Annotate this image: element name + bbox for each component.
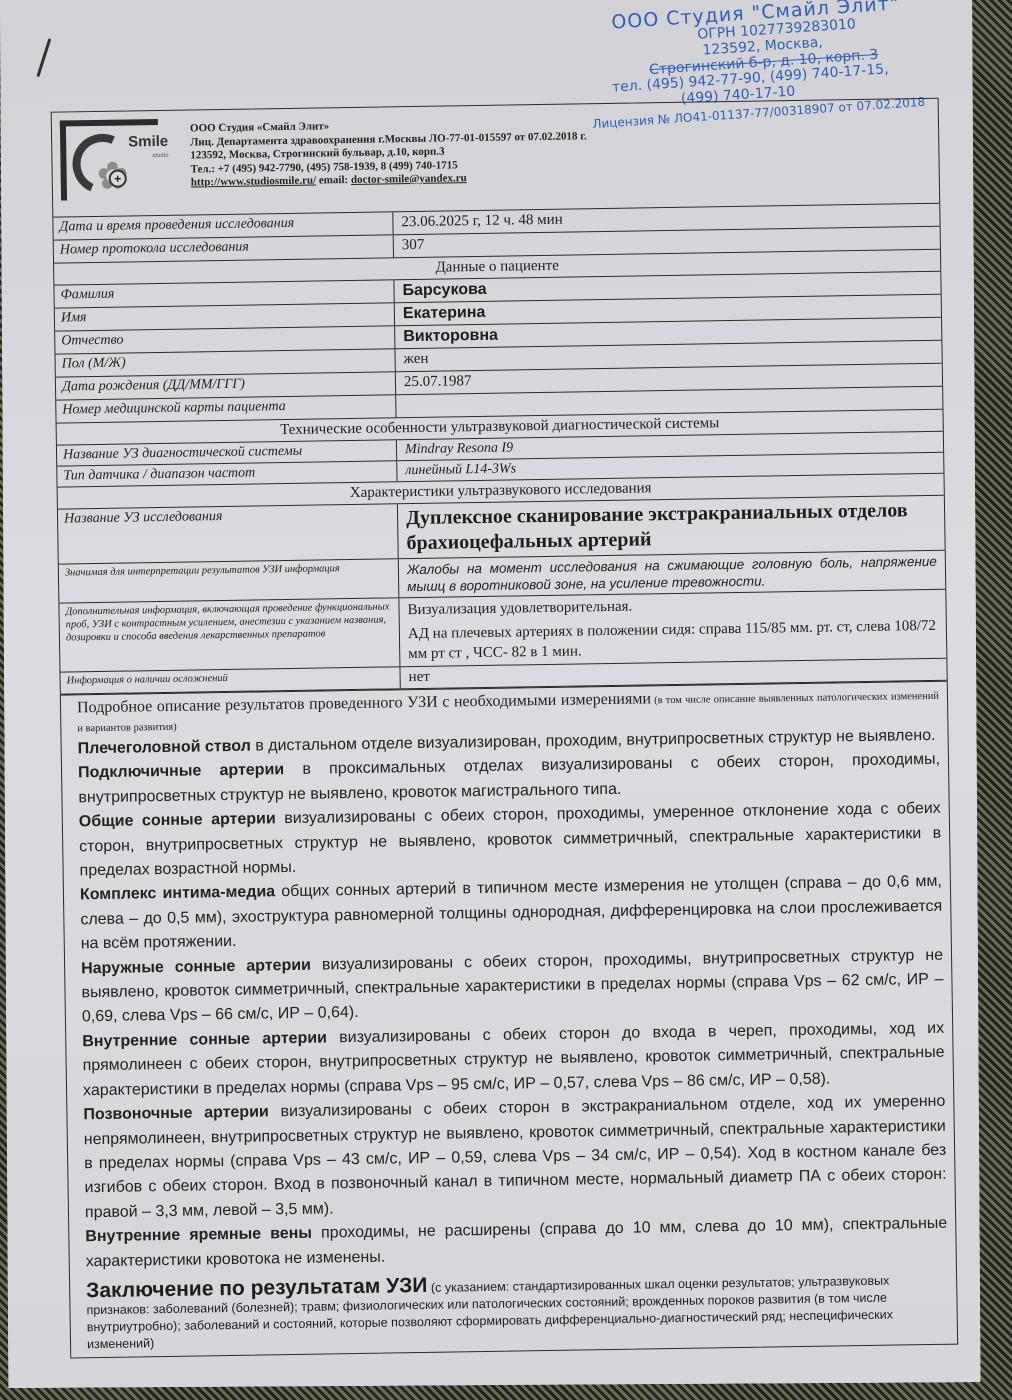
finding-title: Плечеголовной ствол: [78, 738, 251, 758]
clinic-info: ООО Студия «Смайл Элит» Лиц. Департамент…: [190, 116, 588, 214]
clinic-header: ✿ + Smile studio ООО Студия «Смайл Элит»…: [52, 99, 940, 218]
finding-paragraph: Наружные сонные артерии визуализированы …: [81, 943, 944, 1030]
finding-title: Общие сонные артерии: [79, 810, 276, 830]
clinic-logo: ✿ + Smile studio: [60, 119, 181, 205]
study-name: Дуплексное сканирование экстракраниальны…: [398, 496, 945, 559]
detailed-description: Подробное описание результатов проведенн…: [61, 681, 956, 1281]
finding-title: Наружные сонные артерии: [81, 956, 311, 977]
website-link[interactable]: http://www.studiosmile.ru/: [191, 175, 316, 189]
protocol-form: ✿ + Smile studio ООО Студия «Смайл Элит»…: [51, 98, 958, 1359]
handwritten-mark: [36, 38, 51, 77]
finding-title: Комплекс интима-медиа: [80, 884, 275, 904]
email-link[interactable]: doctor-smile@yandex.ru: [351, 172, 467, 186]
conclusion-section: Заключение по результатам УЗИ (с указани…: [70, 1267, 957, 1358]
document-page: ООО Студия "Смайл Элит" ОГРН 10277392830…: [0, 0, 980, 1388]
finding-paragraph: Внутренние сонные артерии визуализирован…: [82, 1017, 945, 1104]
finding-paragraph: Общие сонные артерии визуализированы с о…: [79, 797, 942, 884]
finding-title: Позвоночные артерии: [83, 1103, 269, 1123]
findings-list: Плечеголовной ствол в дистальном отделе …: [78, 724, 948, 1274]
finding-title: Внутренние сонные артерии: [82, 1029, 327, 1050]
finding-paragraph: Позвоночные артерии визуализированы с об…: [83, 1090, 947, 1226]
finding-title: Подключичные артерии: [78, 762, 284, 782]
finding-title: Внутренние яремные вены: [85, 1225, 312, 1246]
finding-paragraph: Комплекс интима-медиа общих сонных артер…: [80, 870, 943, 957]
additional-info: Визуализация удовлетворительная. АД на п…: [399, 590, 946, 667]
